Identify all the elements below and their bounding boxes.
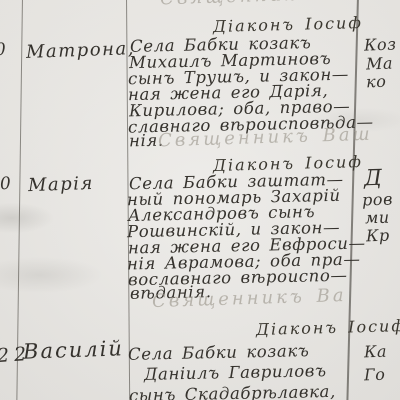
- entry-number: 0: [0, 40, 7, 61]
- godparent-column-fragment: Кр: [366, 226, 390, 246]
- record-text-line: сынъ Скадабрѣлавка,: [129, 382, 336, 400]
- deacon-signature: Діаконъ Іосиф: [256, 316, 400, 339]
- entry-name: Василій: [23, 336, 125, 364]
- record-text-line: Села Бабки козакъ: [128, 341, 310, 364]
- godparent-column-fragment: Ма: [366, 54, 394, 74]
- register-page-scan: Священникъ Ваш Діаконъ Іосиф 0 Матрона, …: [0, 0, 400, 400]
- godparent-column-fragment: Го: [364, 365, 386, 385]
- godparent-column-fragment: ров: [362, 189, 394, 209]
- priest-signature: Священникъ Ваш: [160, 0, 375, 9]
- column-rule-right: [346, 0, 359, 400]
- godparent-column-fragment: ко: [366, 72, 387, 92]
- entry-name: Матрона,: [26, 38, 136, 63]
- deacon-signature: Діаконъ Іосиф: [213, 13, 363, 36]
- godparent-column-fragment: Д: [364, 166, 383, 192]
- record-text-line: Даніилъ Гавриловъ: [144, 361, 327, 384]
- entry-name: Марія: [28, 173, 95, 196]
- godparent-column-fragment: Ка: [364, 342, 388, 362]
- entry-number: 0: [0, 174, 12, 195]
- godparent-column-fragment: ми: [365, 208, 390, 228]
- godparent-column-fragment: Коз: [364, 34, 397, 54]
